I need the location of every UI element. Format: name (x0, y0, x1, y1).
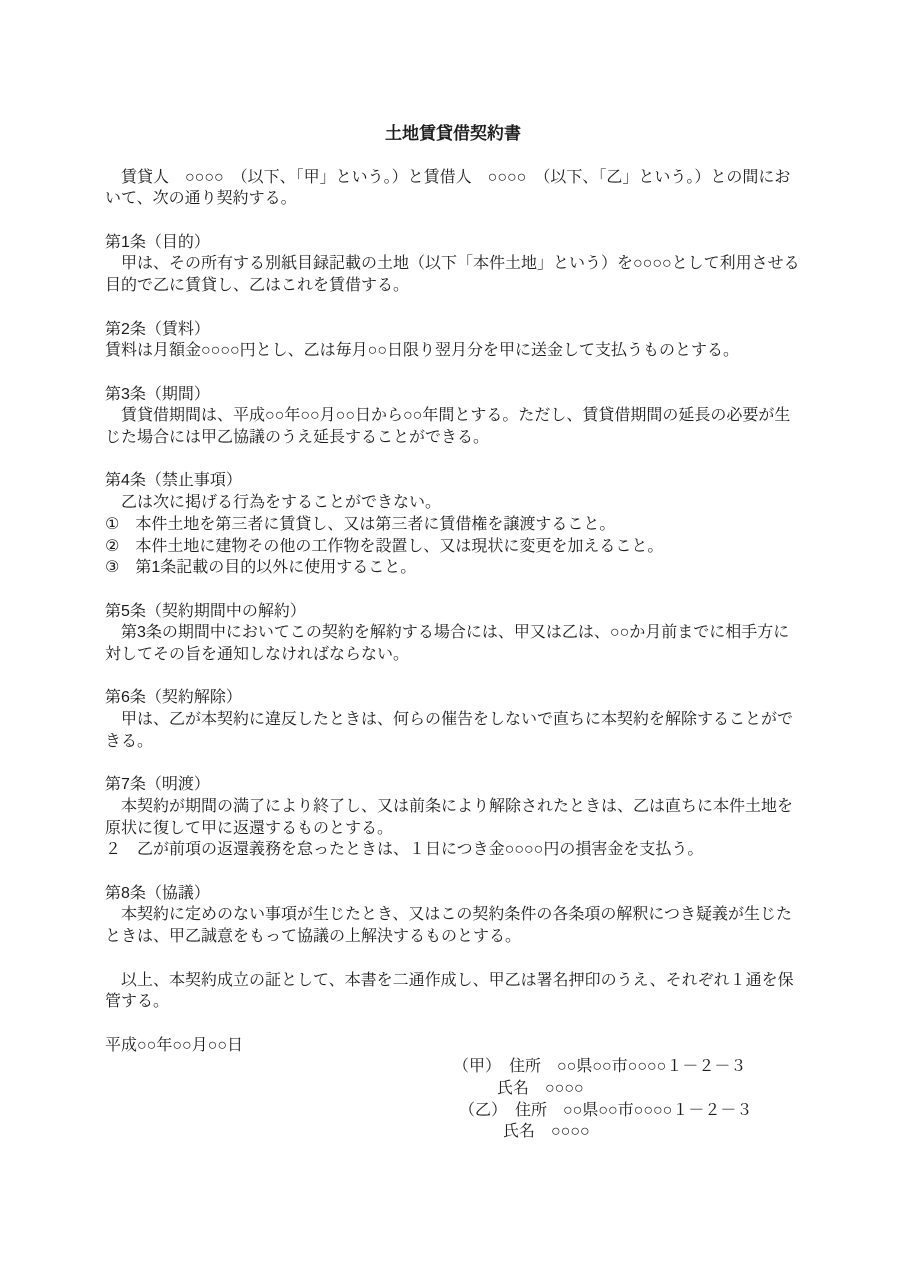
signature-address-line: （甲） 住所 ○○県○○市○○○○１－２－３ (453, 1056, 801, 1078)
article-1: 第1条（目的） 甲は、その所有する別紙目録記載の土地（以下「本件土地」という）を… (105, 232, 801, 297)
article-text-line: ① 本件土地を第三者に賃貸し、又は第三者に賃借権を譲渡すること。 (105, 514, 801, 536)
article-heading: 第1条（目的） (105, 232, 801, 254)
article-heading: 第6条（契約解除） (105, 687, 801, 709)
contract-date: 平成○○年○○月○○日 (105, 1035, 801, 1057)
article-5: 第5条（契約期間中の解約） 第3条の期間中においてこの契約を解約する場合には、甲… (105, 601, 801, 666)
article-text-line: 甲は、その所有する別紙目録記載の土地（以下「本件土地」という）を○○○○として利… (105, 253, 801, 296)
article-text-line: ２ 乙が前項の返還義務を怠ったときは、１日につき金○○○○円の損害金を支払う。 (105, 839, 801, 861)
article-heading: 第2条（賃料） (105, 319, 801, 341)
signature-address-line: （乙） 住所 ○○県○○市○○○○１－２－３ (453, 1100, 801, 1122)
article-heading: 第4条（禁止事項） (105, 470, 801, 492)
article-heading: 第3条（期間） (105, 384, 801, 406)
articles-section: 第1条（目的） 甲は、その所有する別紙目録記載の土地（以下「本件土地」という）を… (105, 232, 801, 948)
article-text-line: ② 本件土地に建物その他の工作物を設置し、又は現状に変更を加えること。 (105, 536, 801, 558)
article-text-line: 甲は、乙が本契約に違反したときは、何らの催告をしないで直ちに本契約を解除すること… (105, 709, 801, 752)
article-4: 第4条（禁止事項） 乙は次に掲げる行為をすることができない。① 本件土地を第三者… (105, 470, 801, 579)
article-7: 第7条（明渡） 本契約が期間の満了により終了し、又は前条により解除されたときは、… (105, 774, 801, 861)
article-6: 第6条（契約解除） 甲は、乙が本契約に違反したときは、何らの催告をしないで直ちに… (105, 687, 801, 752)
article-3: 第3条（期間） 賃貸借期間は、平成○○年○○月○○日から○○年間とする。ただし、… (105, 384, 801, 449)
article-2: 第2条（賃料）賃料は月額金○○○○円とし、乙は毎月○○日限り翌月分を甲に送金して… (105, 319, 801, 362)
article-text-line: 本契約が期間の満了により終了し、又は前条により解除されたときは、乙は直ちに本件土… (105, 796, 801, 839)
article-text-line: 賃料は月額金○○○○円とし、乙は毎月○○日限り翌月分を甲に送金して支払うものとす… (105, 340, 801, 362)
article-text-line: 本契約に定めのない事項が生じたとき、又はこの契約条件の各条項の解釈につき疑義が生… (105, 904, 801, 947)
article-heading: 第5条（契約期間中の解約） (105, 601, 801, 623)
preamble-paragraph: 賃貸人 ○○○○ （以下、「甲」という。）と賃借人 ○○○○ （以下、「乙」とい… (105, 167, 801, 210)
signature-party-kou: （甲） 住所 ○○県○○市○○○○１－２－３氏名 ○○○○ (453, 1056, 801, 1099)
signature-block: （甲） 住所 ○○県○○市○○○○１－２－３氏名 ○○○○（乙） 住所 ○○県○… (105, 1056, 801, 1143)
article-heading: 第7条（明渡） (105, 774, 801, 796)
signature-name-line: 氏名 ○○○○ (453, 1121, 801, 1143)
signature-name-line: 氏名 ○○○○ (453, 1078, 801, 1100)
article-text-line: 乙は次に掲げる行為をすることができない。 (105, 492, 801, 514)
date-and-signatures: 平成○○年○○月○○日 （甲） 住所 ○○県○○市○○○○１－２－３氏名 ○○○… (105, 1035, 801, 1144)
document-title: 土地賃貸借契約書 (105, 123, 801, 145)
contract-document: 土地賃貸借契約書 賃貸人 ○○○○ （以下、「甲」という。）と賃借人 ○○○○ … (0, 0, 905, 1280)
closing-statement: 以上、本契約成立の証として、本書を二通作成し、甲乙は署名押印のうえ、それぞれ１通… (105, 970, 801, 1013)
signature-party-otsu: （乙） 住所 ○○県○○市○○○○１－２－３氏名 ○○○○ (453, 1100, 801, 1143)
article-text-line: 賃貸借期間は、平成○○年○○月○○日から○○年間とする。ただし、賃貸借期間の延長… (105, 405, 801, 448)
article-heading: 第8条（協議） (105, 883, 801, 905)
article-text-line: ③ 第1条記載の目的以外に使用すること。 (105, 557, 801, 579)
article-text-line: 第3条の期間中においてこの契約を解約する場合には、甲又は乙は、○○か月前までに相… (105, 622, 801, 665)
article-8: 第8条（協議） 本契約に定めのない事項が生じたとき、又はこの契約条件の各条項の解… (105, 883, 801, 948)
